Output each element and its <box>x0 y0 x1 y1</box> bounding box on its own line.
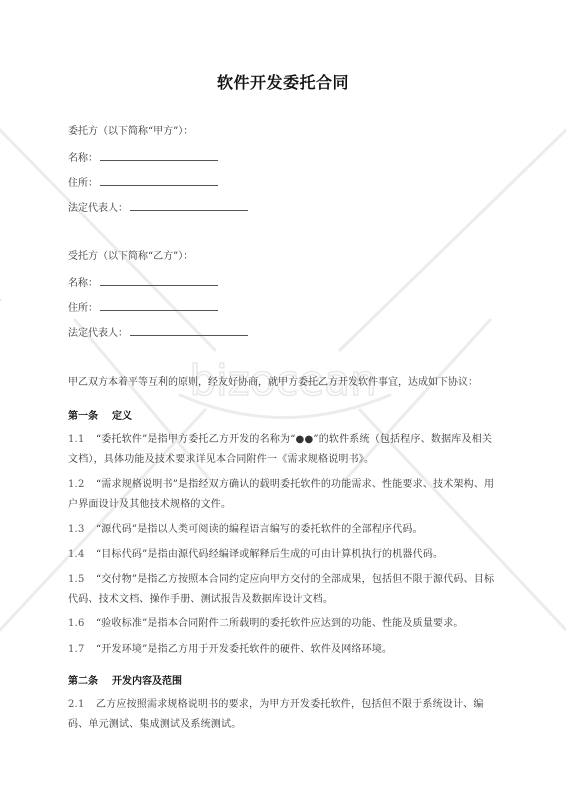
clause-number: 1.4 <box>68 545 96 565</box>
party-a-name-row: 名称： <box>68 150 218 166</box>
party-a-heading: 委托方（以下简称“甲方”）： <box>68 125 193 139</box>
clause-text: “验收标准”是指本合同附件二所载明的委托软件应达到的功能、性能及质量要求。 <box>96 618 464 629</box>
clause-number: 2.1 <box>68 695 96 715</box>
party-b-representative-label: 法定代表人： <box>68 328 128 339</box>
clause-text: 乙方应按照需求规格说明书的要求，为甲方开发委托软件，包括但不限于系统设计、编码、… <box>68 699 484 730</box>
article-1-heading: 第一条定义 <box>68 407 132 422</box>
article-2-title: 开发内容及范围 <box>112 676 182 687</box>
clause-text: “交付物”是指乙方按照本合同约定应向甲方交付的全部成果，包括但不限于源代码、目标… <box>68 574 494 605</box>
party-a-address-field[interactable] <box>100 175 218 186</box>
clause-text: “源代码”是指以人类可阅读的编程语言编写的委托软件的全部程序代码。 <box>96 524 423 535</box>
party-a-representative-field[interactable] <box>130 200 248 211</box>
clause-number: 1.6 <box>68 614 96 634</box>
party-a-address-label: 住所： <box>68 178 98 189</box>
clause-number: 1.5 <box>68 570 96 590</box>
clause-1-4: 1.4“目标代码”是指由源代码经编译或解释后生成的可由计算机执行的机器代码。 <box>68 545 500 565</box>
article-2-heading: 第二条开发内容及范围 <box>68 672 182 687</box>
party-b-address-row: 住所： <box>68 300 218 316</box>
party-b-address-field[interactable] <box>100 300 218 311</box>
clause-text: “需求规格说明书”是指经双方确认的载明委托软件的功能需求、性能要求、技术架构、用… <box>68 479 494 510</box>
party-a-address-row: 住所： <box>68 175 218 191</box>
clause-number: 1.2 <box>68 475 96 495</box>
party-a-name-field[interactable] <box>100 150 218 161</box>
party-b-representative-row: 法定代表人： <box>68 325 248 341</box>
party-b-name-field[interactable] <box>100 275 218 286</box>
article-1-number: 第一条 <box>68 411 98 422</box>
clause-1-3: 1.3“源代码”是指以人类可阅读的编程语言编写的委托软件的全部程序代码。 <box>68 520 500 540</box>
preamble: 甲乙双方本着平等互利的原则，经友好协商，就甲方委托乙方开发软件事宜，达成如下协议… <box>68 376 478 390</box>
clause-text: “委托软件”是指甲方委托乙方开发的名称为“●●”的软件系统（包括程序、数据库及相… <box>68 434 492 465</box>
clause-text: “目标代码”是指由源代码经编译或解释后生成的可由计算机执行的机器代码。 <box>96 549 443 560</box>
clause-number: 1.3 <box>68 520 96 540</box>
clause-number: 1.1 <box>68 430 96 450</box>
party-b-heading: 受托方（以下简称“乙方”）： <box>68 250 193 264</box>
party-a-name-label: 名称： <box>68 153 98 164</box>
document-title: 软件开发委托合同 <box>0 70 566 93</box>
clause-1-7: 1.7“开发环境”是指乙方用于开发委托软件的硬件、软件及网络环境。 <box>68 640 500 660</box>
article-2-number: 第二条 <box>68 676 98 687</box>
article-1-title: 定义 <box>112 411 132 422</box>
party-b-name-label: 名称： <box>68 278 98 289</box>
party-b-address-label: 住所： <box>68 303 98 314</box>
clause-1-2: 1.2“需求规格说明书”是指经双方确认的载明委托软件的功能需求、性能要求、技术架… <box>68 475 500 515</box>
party-b-representative-field[interactable] <box>130 325 248 336</box>
party-a-representative-row: 法定代表人： <box>68 200 248 216</box>
party-b-name-row: 名称： <box>68 275 218 291</box>
clause-1-6: 1.6“验收标准”是指本合同附件二所载明的委托软件应达到的功能、性能及质量要求。 <box>68 614 500 634</box>
clause-number: 1.7 <box>68 640 96 660</box>
clause-1-5: 1.5“交付物”是指乙方按照本合同约定应向甲方交付的全部成果，包括但不限于源代码… <box>68 570 500 610</box>
party-a-representative-label: 法定代表人： <box>68 203 128 214</box>
clause-1-1: 1.1“委托软件”是指甲方委托乙方开发的名称为“●●”的软件系统（包括程序、数据… <box>68 430 500 470</box>
clause-2-1: 2.1乙方应按照需求规格说明书的要求，为甲方开发委托软件，包括但不限于系统设计、… <box>68 695 500 735</box>
clause-text: “开发环境”是指乙方用于开发委托软件的硬件、软件及网络环境。 <box>96 644 392 655</box>
